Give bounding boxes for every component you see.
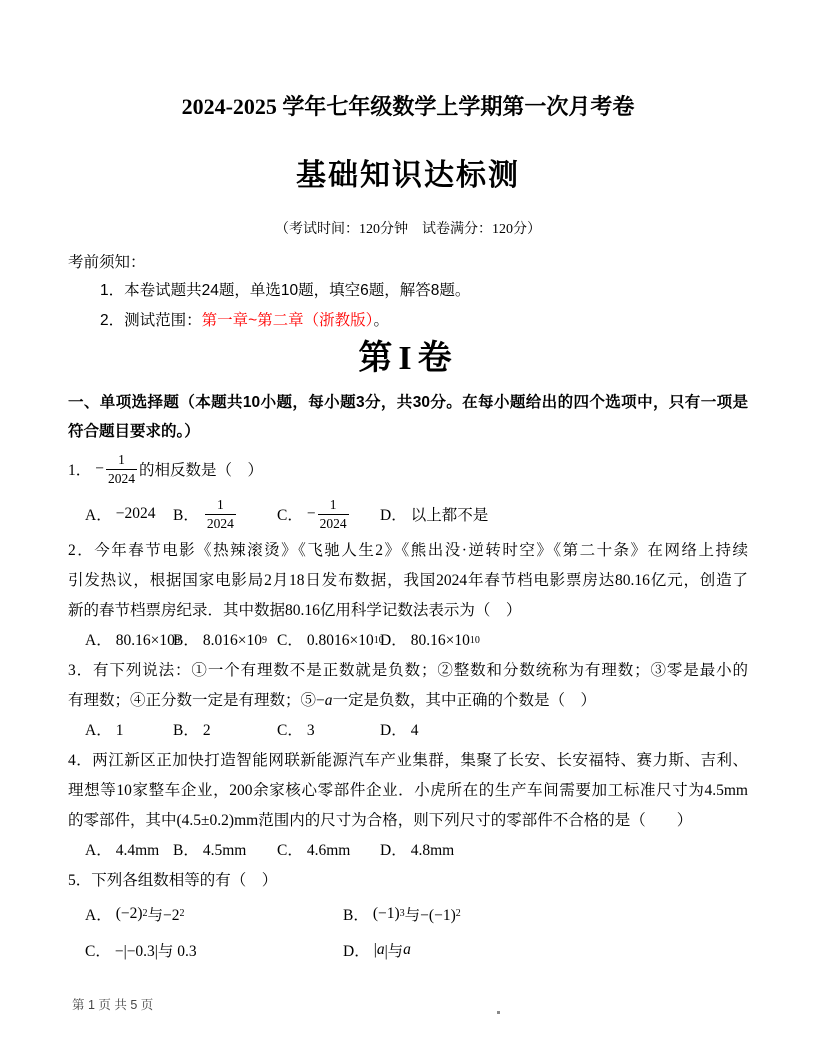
doc-title: 2024-2025 学年七年级数学上学期第一次月考卷 xyxy=(68,94,748,120)
q1-minus-sign: − xyxy=(95,460,104,478)
q2-option-d: D．80.16×1010 xyxy=(380,626,748,656)
notice-item-2-suffix: 。 xyxy=(373,312,389,329)
q1-option-c-fraction: 12024 xyxy=(318,497,349,531)
q4-option-a: A．4.4mm xyxy=(85,836,173,866)
question-2-line2: 引发热议，根据国家电影局2月18日发布数据，我国2024年春节档电影票房达80.… xyxy=(68,566,748,596)
question-1-number: 1． xyxy=(68,458,91,480)
q3-option-b: B．2 xyxy=(173,716,277,746)
question-5: 5．下列各组数相等的有（ ） xyxy=(68,866,748,896)
question-2-line3: 新的春节档票房纪录．其中数据80.16亿用科学记数法表示为（ ） xyxy=(68,596,748,626)
part-heading-line2: 符合题目要求的。） xyxy=(68,417,748,446)
q4-option-d: D．4.8mm xyxy=(380,836,748,866)
q3-option-c: C．3 xyxy=(277,716,380,746)
notice-item-2-prefix: 2．测试范围： xyxy=(100,312,202,329)
question-4: 4．两江新区正加快打造智能网联新能源汽车产业集群，集聚了长安、长安福特、赛力斯、… xyxy=(68,746,748,836)
part-heading: 一、单项选择题（本题共10小题，每小题3分，共30分。在每小题给出的四个选项中，… xyxy=(68,388,748,446)
q3-variable-a: a xyxy=(325,692,333,709)
notice-item-2: 2．测试范围：第一章~第二章（浙教版）。 xyxy=(68,306,748,336)
question-4-line3: 的零部件，其中(4.5±0.2)mm范围内的尺寸为合格，则下列尺寸的零部件不合格… xyxy=(68,806,748,836)
exam-info: （考试时间：120分钟 试卷满分：120分） xyxy=(68,220,748,240)
question-4-line2: 理想等10家整车企业，200余家核心零部件企业．小虎所在的生产车间需要加工标准尺… xyxy=(68,776,748,806)
q4-tolerance-expression: (4.5±0.2) xyxy=(177,812,235,829)
doc-subtitle: 基础知识达标测 xyxy=(68,156,748,196)
question-3-line2: 有理数；④正分数一定是有理数；⑤−a一定是负数，其中正确的个数是（ ） xyxy=(68,686,748,716)
part-heading-line1: 一、单项选择题（本题共10小题，每小题3分，共30分。在每小题给出的四个选项中，… xyxy=(68,388,748,417)
q1-option-d: D．以上都不是 xyxy=(380,503,748,525)
question-5-options-row1: A．(−2)2与−22 B．(−1)3与−(−1)2 xyxy=(85,896,748,932)
question-1-tail: 的相反数是（ ） xyxy=(139,458,263,480)
question-2-line1: 2．今年春节电影《热辣滚烫》《飞驰人生2》《熊出没·逆转时空》《第二十条》在网络… xyxy=(68,536,748,566)
q1-fraction: 1 2024 xyxy=(106,452,137,486)
page-footer: 第 1 页 共 5 页 xyxy=(72,995,153,1013)
q1-option-a: A．−2024 xyxy=(85,503,173,525)
notice-item-1: 1．本卷试题共24题，单选10题，填空6题，解答8题。 xyxy=(68,276,748,306)
q3-option-a: A．1 xyxy=(85,716,173,746)
question-2-options: A．80.16×108 B．8.016×109 C．0.8016×1010 D．… xyxy=(85,626,748,656)
question-1-stem: 1． − 1 2024 的相反数是（ ） xyxy=(68,446,748,492)
q5-option-c: C．−|−0.3|与 0.3 xyxy=(85,939,343,961)
question-1-options: A．−2024 B．12024 C．−12024 D．以上都不是 xyxy=(85,492,748,536)
section-title: 第I卷 xyxy=(68,338,748,380)
q2-option-b: B．8.016×109 xyxy=(173,626,277,656)
q4-option-b: B．4.5mm xyxy=(173,836,277,866)
q2-option-c: C．0.8016×1010 xyxy=(277,626,380,656)
q1-option-b: B．12024 xyxy=(173,497,277,531)
q2-option-a: A．80.16×108 xyxy=(85,626,173,656)
q5-option-a: A．(−2)2与−22 xyxy=(85,903,343,925)
question-4-options: A．4.4mm B．4.5mm C．4.6mm D．4.8mm xyxy=(85,836,748,866)
q1-option-b-fraction: 12024 xyxy=(205,497,236,531)
stray-dot xyxy=(497,1011,500,1014)
notice-heading: 考前须知： xyxy=(68,250,748,276)
notice-item-2-highlight: 第一章~第二章（浙教版） xyxy=(202,312,374,329)
question-2: 2．今年春节电影《热辣滚烫》《飞驰人生2》《熊出没·逆转时空》《第二十条》在网络… xyxy=(68,536,748,626)
question-5-options-row2: C．−|−0.3|与 0.3 D．|a|与a xyxy=(85,932,748,968)
question-3-options: A．1 B．2 C．3 D．4 xyxy=(85,716,748,746)
q3-option-d: D．4 xyxy=(380,716,748,746)
q5-option-d: D．|a|与a xyxy=(343,939,748,961)
question-4-line1: 4．两江新区正加快打造智能网联新能源汽车产业集群，集聚了长安、长安福特、赛力斯、… xyxy=(68,746,748,776)
exam-page: 2024-2025 学年七年级数学上学期第一次月考卷 基础知识达标测 （考试时间… xyxy=(0,0,816,1056)
question-5-stem: 5．下列各组数相等的有（ ） xyxy=(68,866,748,896)
question-3-line1: 3．有下列说法：①一个有理数不是正数就是负数；②整数和分数统称为有理数；③零是最… xyxy=(68,656,748,686)
q1-option-c: C．−12024 xyxy=(277,497,380,531)
question-3: 3．有下列说法：①一个有理数不是正数就是负数；②整数和分数统称为有理数；③零是最… xyxy=(68,656,748,716)
q5-option-b: B．(−1)3与−(−1)2 xyxy=(343,903,748,925)
q4-option-c: C．4.6mm xyxy=(277,836,380,866)
